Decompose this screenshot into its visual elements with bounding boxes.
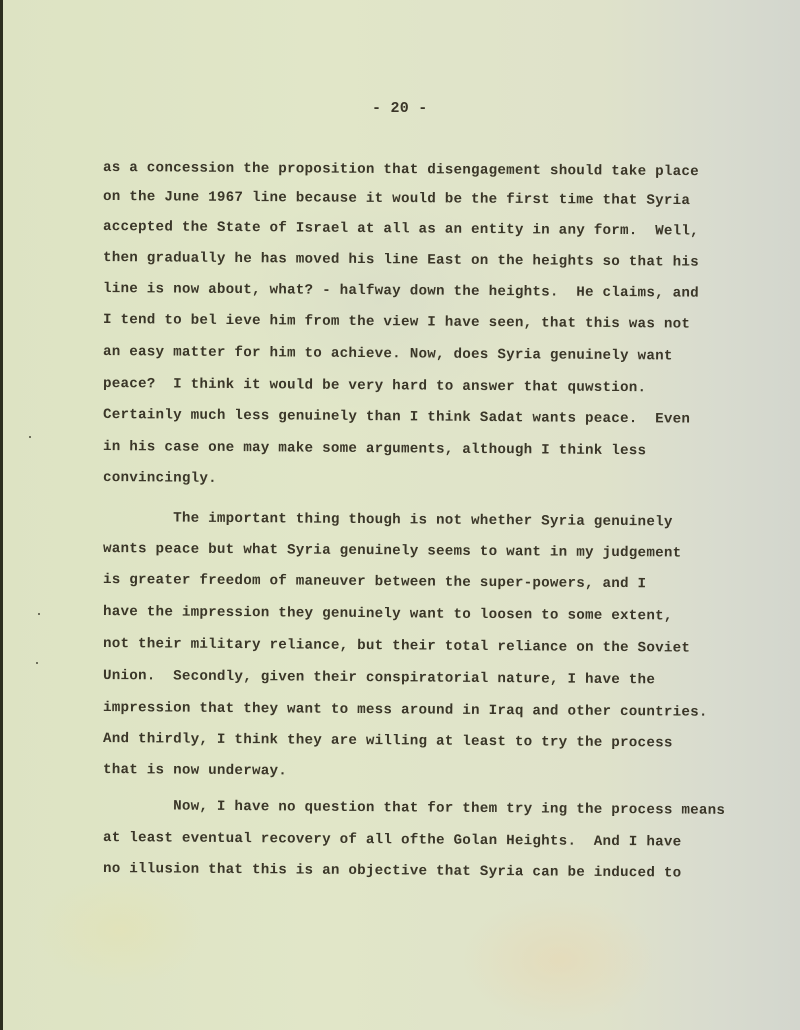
- text-line: convincingly.: [103, 470, 217, 487]
- margin-speck: [36, 662, 38, 664]
- margin-speck: [29, 436, 31, 438]
- margin-speck: [38, 613, 40, 615]
- scan-left-edge: [0, 0, 3, 1030]
- text-line: that is now underway.: [103, 762, 287, 779]
- page-number: - 20 -: [372, 100, 428, 117]
